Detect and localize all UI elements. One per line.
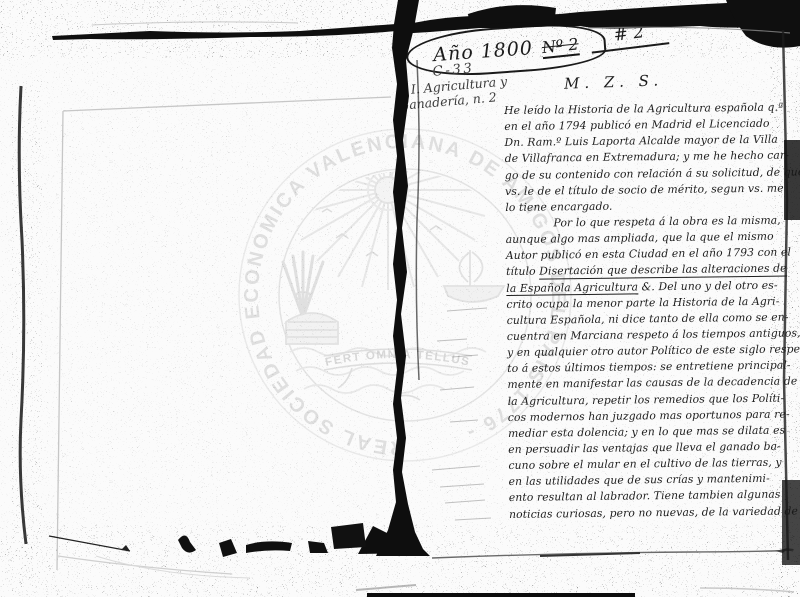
scanned-manuscript-page: REAL SOCIEDAD ECONOMICA VALENCIANA DE AM… xyxy=(0,0,800,597)
salutation: M. Z. S. xyxy=(564,71,664,92)
right-page-bottom-edge xyxy=(356,548,794,597)
faint-top-line xyxy=(92,22,298,25)
manuscript-line: noticias curiosas, pero no nuevas, de la… xyxy=(509,503,799,523)
motto-banner xyxy=(324,349,472,400)
bottom-edge-artifacts xyxy=(49,535,328,557)
seal-bird-marks xyxy=(322,209,442,256)
pencil-smudges xyxy=(432,308,491,520)
seal-inner-circle xyxy=(279,169,531,421)
corner-mark: # 2 xyxy=(589,17,670,53)
ship-icon xyxy=(444,250,504,302)
archive-note: C-33 I. Agricultura y Ganadería, n. 2 xyxy=(396,58,509,113)
sun-icon xyxy=(288,90,488,290)
seal-motto-text: FERT OMNIA TELLUS xyxy=(324,349,471,369)
left-page-outline xyxy=(57,97,391,578)
wheat-sheaf-icon xyxy=(283,252,323,318)
haystack-icon xyxy=(286,313,338,344)
sea-waves xyxy=(290,348,486,393)
left-edge-artifact xyxy=(19,86,26,544)
manuscript-body: He leído la Historia de la Agricultura e… xyxy=(504,99,799,522)
number-label: Nº 2 xyxy=(541,34,580,59)
